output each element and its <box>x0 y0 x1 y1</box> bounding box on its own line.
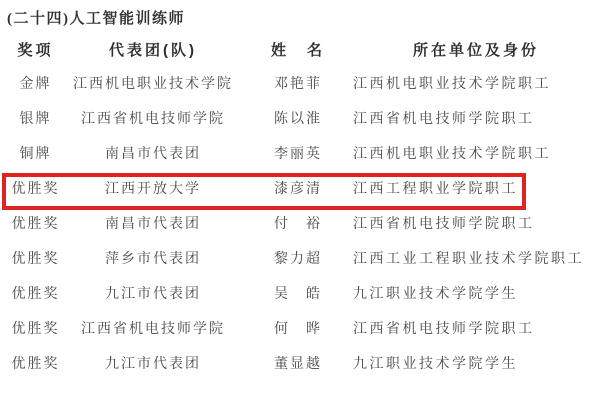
cell-award: 优胜奖 <box>8 248 63 268</box>
cell-name: 付 裕 <box>243 213 353 233</box>
table-row: 优胜奖 南昌市代表团 付 裕 江西省机电技师学院职工 <box>0 205 599 240</box>
cell-affiliation: 江西机电职业技术学院职工 <box>353 143 599 163</box>
cell-award: 优胜奖 <box>8 283 63 303</box>
cell-delegation: 九江市代表团 <box>63 353 243 373</box>
cell-name: 邓艳菲 <box>243 73 353 93</box>
cell-affiliation: 江西省机电技师学院职工 <box>353 318 599 338</box>
table-row: 优胜奖 九江市代表团 董显越 九江职业技术学院学生 <box>0 345 599 380</box>
cell-affiliation: 江西省机电技师学院职工 <box>353 213 599 233</box>
cell-name: 黎力超 <box>243 248 353 268</box>
cell-affiliation: 江西机电职业技术学院职工 <box>353 73 599 93</box>
cell-delegation: 江西省机电技师学院 <box>63 318 243 338</box>
cell-delegation: 江西省机电技师学院 <box>63 108 243 128</box>
cell-affiliation: 九江职业技术学院学生 <box>353 353 599 373</box>
cell-affiliation: 江西工程职业学院职工 <box>353 178 599 198</box>
cell-award: 优胜奖 <box>8 353 63 373</box>
cell-name: 陈以淮 <box>243 108 353 128</box>
cell-delegation: 江西开放大学 <box>63 178 243 198</box>
column-header-affiliation: 所在单位及身份 <box>353 39 599 60</box>
table-row: 铜牌 南昌市代表团 李丽英 江西机电职业技术学院职工 <box>0 135 599 170</box>
table-row: 优胜奖 九江市代表团 吴 皓 九江职业技术学院学生 <box>0 275 599 310</box>
cell-affiliation: 江西省机电技师学院职工 <box>353 108 599 128</box>
cell-award: 优胜奖 <box>8 318 63 338</box>
cell-name: 李丽英 <box>243 143 353 163</box>
document-page: (二十四)人工智能训练师 奖项 代表团(队) 姓 名 所在单位及身份 金牌 江西… <box>0 0 599 398</box>
column-header-award: 奖项 <box>8 39 63 60</box>
cell-affiliation: 九江职业技术学院学生 <box>353 283 599 303</box>
cell-name: 漆彦清 <box>243 178 353 198</box>
table-row: 银牌 江西省机电技师学院 陈以淮 江西省机电技师学院职工 <box>0 100 599 135</box>
table-row: 优胜奖 江西开放大学 漆彦清 江西工程职业学院职工 <box>0 170 599 205</box>
column-header-name: 姓 名 <box>243 39 353 60</box>
cell-name: 董显越 <box>243 353 353 373</box>
cell-delegation: 萍乡市代表团 <box>63 248 243 268</box>
table-body: 金牌 江西机电职业技术学院 邓艳菲 江西机电职业技术学院职工 银牌 江西省机电技… <box>0 65 599 380</box>
cell-delegation: 九江市代表团 <box>63 283 243 303</box>
cell-award: 金牌 <box>8 73 63 93</box>
cell-delegation: 江西机电职业技术学院 <box>63 73 243 93</box>
cell-award: 优胜奖 <box>8 178 63 198</box>
table-header-row: 奖项 代表团(队) 姓 名 所在单位及身份 <box>0 34 599 65</box>
table-row: 优胜奖 江西省机电技师学院 何 晔 江西省机电技师学院职工 <box>0 310 599 345</box>
awards-table: 奖项 代表团(队) 姓 名 所在单位及身份 金牌 江西机电职业技术学院 邓艳菲 … <box>0 34 599 380</box>
table-row: 金牌 江西机电职业技术学院 邓艳菲 江西机电职业技术学院职工 <box>0 65 599 100</box>
table-row: 优胜奖 萍乡市代表团 黎力超 江西工业工程职业技术学院职工 <box>0 240 599 275</box>
column-header-delegation: 代表团(队) <box>63 39 243 60</box>
cell-delegation: 南昌市代表团 <box>63 213 243 233</box>
cell-name: 何 晔 <box>243 318 353 338</box>
section-title: (二十四)人工智能训练师 <box>0 0 599 30</box>
cell-award: 铜牌 <box>8 143 63 163</box>
cell-name: 吴 皓 <box>243 283 353 303</box>
cell-award: 银牌 <box>8 108 63 128</box>
cell-award: 优胜奖 <box>8 213 63 233</box>
cell-delegation: 南昌市代表团 <box>63 143 243 163</box>
cell-affiliation: 江西工业工程职业技术学院职工 <box>353 248 599 268</box>
